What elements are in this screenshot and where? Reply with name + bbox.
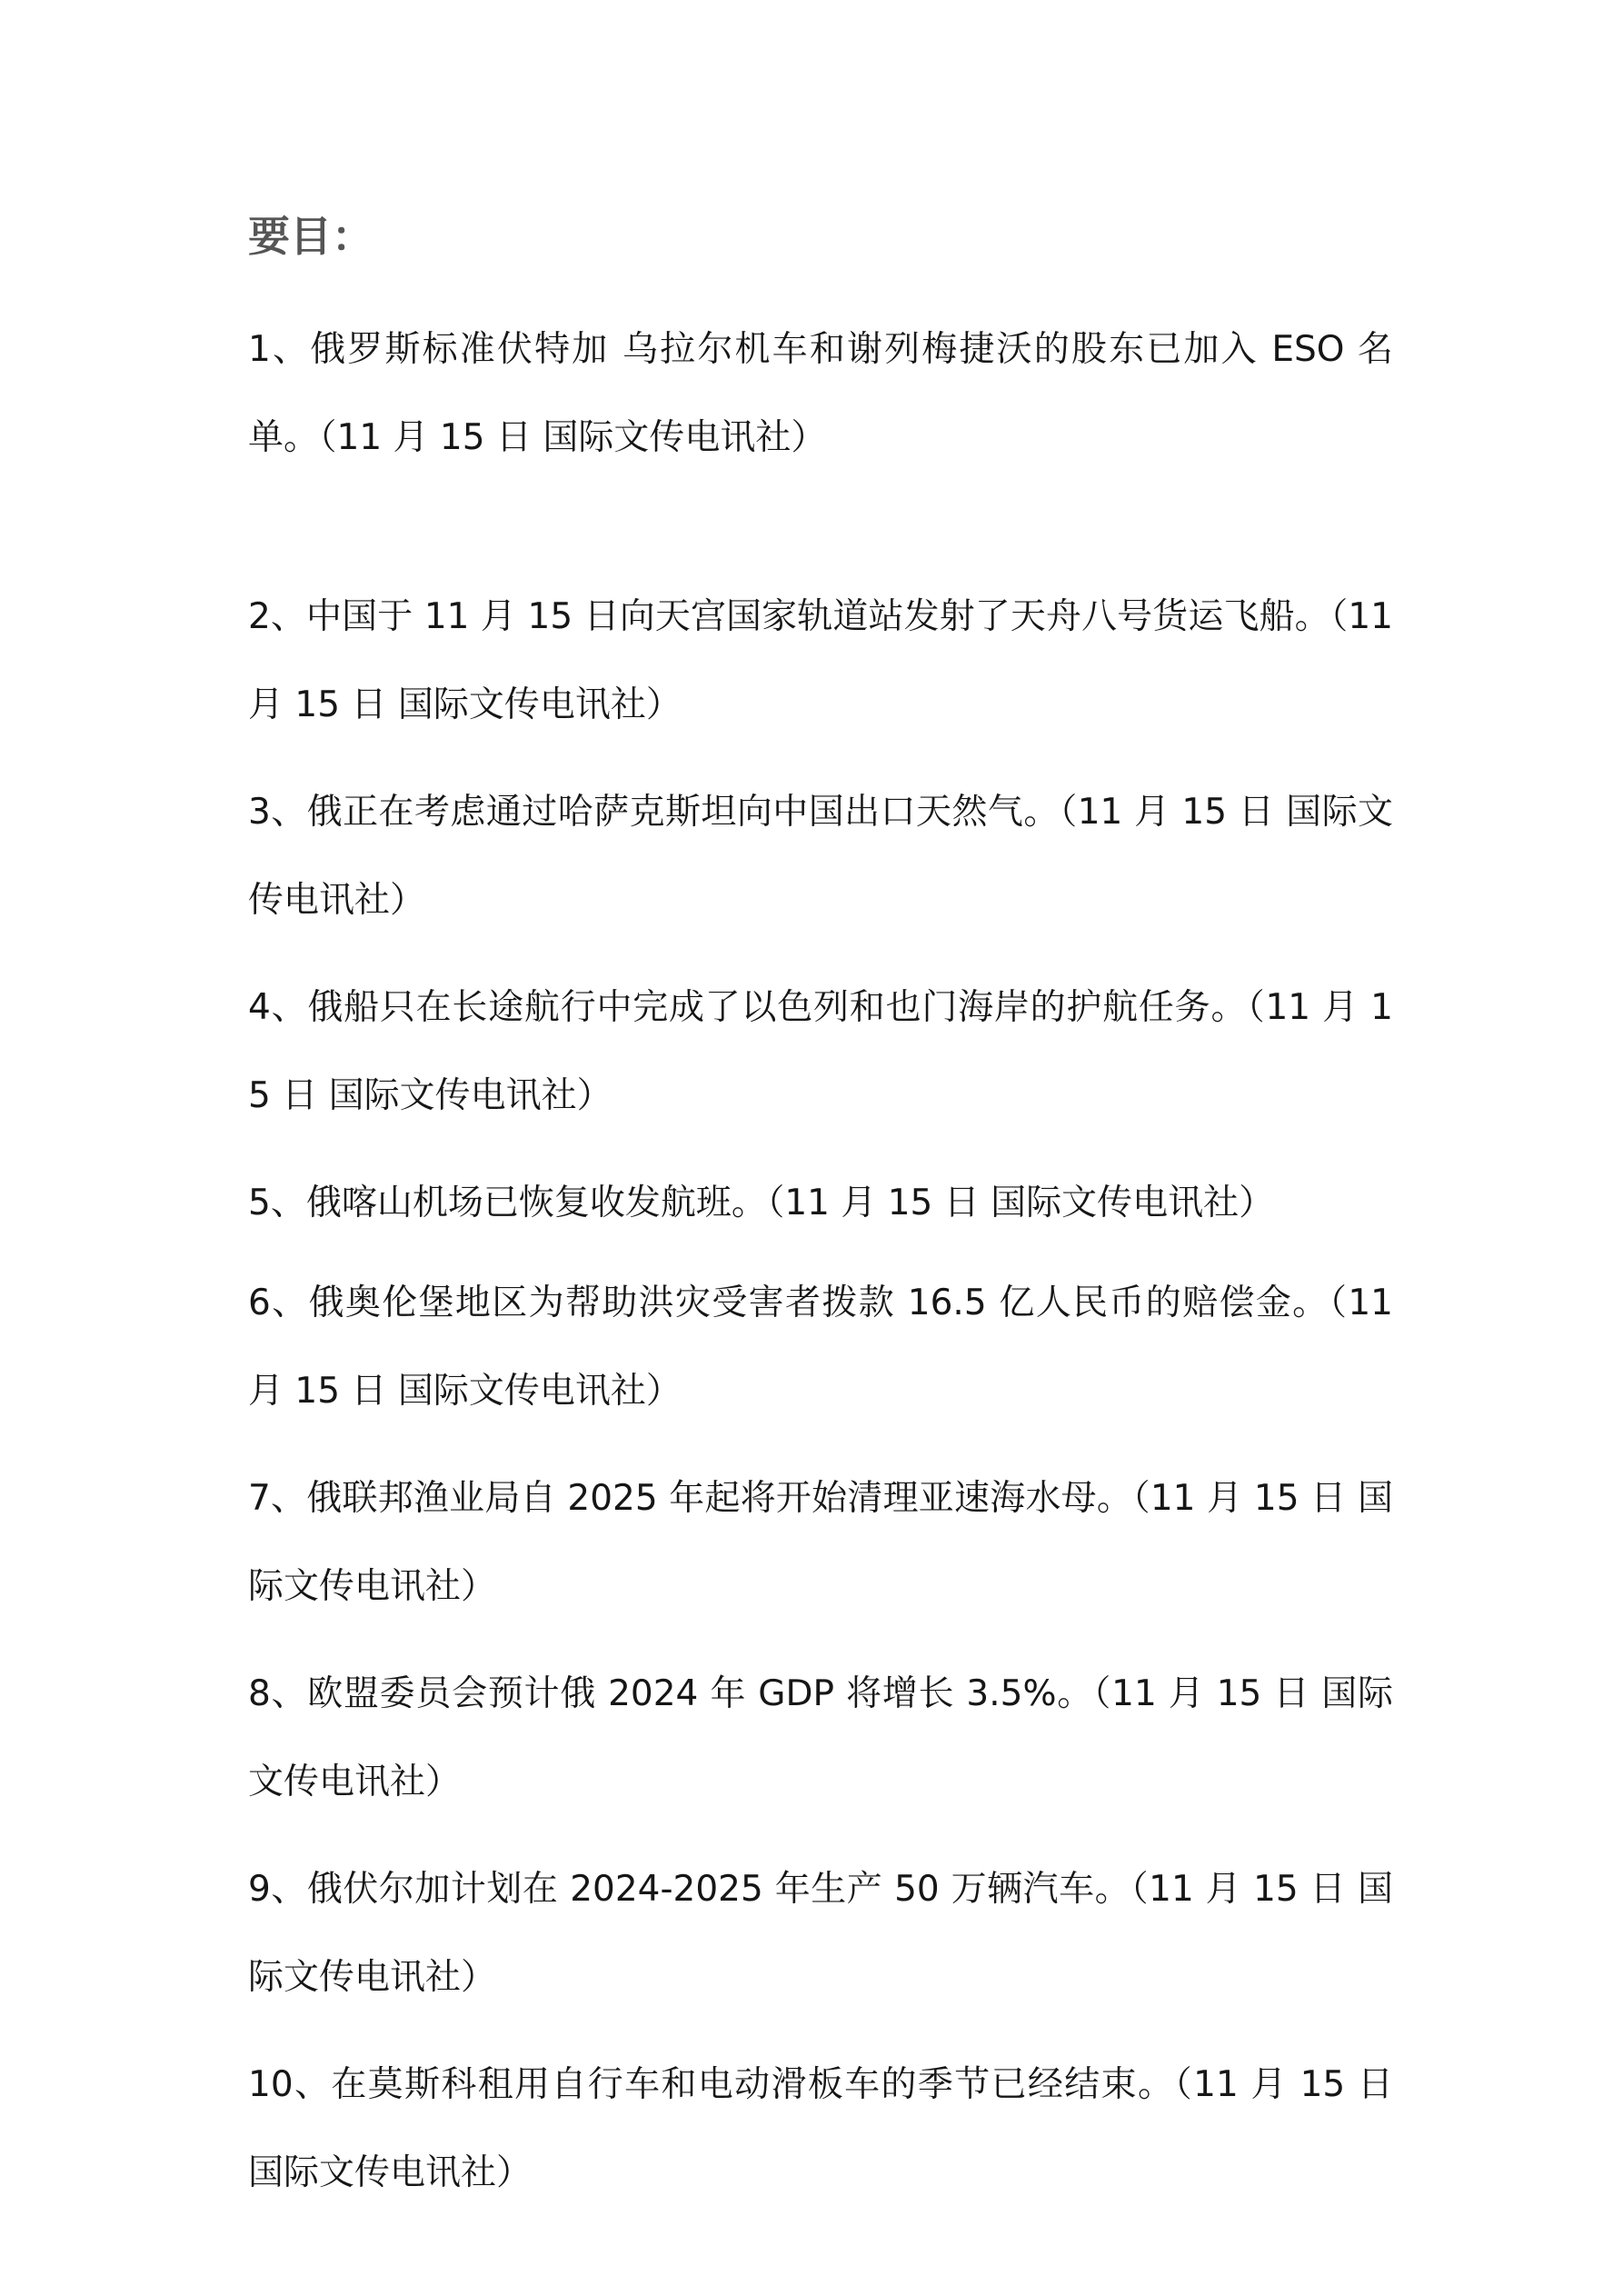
list-item-3: 3、俄正在考虑通过哈萨克斯坦向中国出口天然气。（11 月 15 日 国际文传电讯… [248,768,1393,944]
list-item-1: 1、俄罗斯标准伏特加 乌拉尔机车和谢列梅捷沃的股东已加入 ESO 名单。（11 … [248,305,1393,482]
page-title: 要目： [248,211,373,262]
list-item-9: 9、俄伏尔加计划在 2024-2025 年生产 50 万辆汽车。（11 月 15… [248,1845,1393,2021]
list-item-5: 5、俄喀山机场已恢复收发航班。（11 月 15 日 国际文传电讯社） [248,1159,1393,1247]
list-item-7: 7、俄联邦渔业局自 2025 年起将开始清理亚速海水母。（11 月 15 日 国… [248,1454,1393,1631]
list-item-6: 6、俄奥伦堡地区为帮助洪灾受害者拨款 16.5 亿人民币的赔偿金。（11 月 1… [248,1259,1393,1435]
list-item-2: 2、中国于 11 月 15 日向天宫国家轨道站发射了天舟八号货运飞船。（11 月… [248,573,1393,749]
list-item-10: 10、在莫斯科租用自行车和电动滑板车的季节已经结束。（11 月 15 日 国际文… [248,2041,1393,2217]
list-item-8: 8、欧盟委员会预计俄 2024 年 GDP 将增长 3.5%。（11 月 15 … [248,1650,1393,1826]
list-item-4: 4、俄船只在长途航行中完成了以色列和也门海岸的护航任务。（11 月 15 日 国… [248,963,1393,1140]
